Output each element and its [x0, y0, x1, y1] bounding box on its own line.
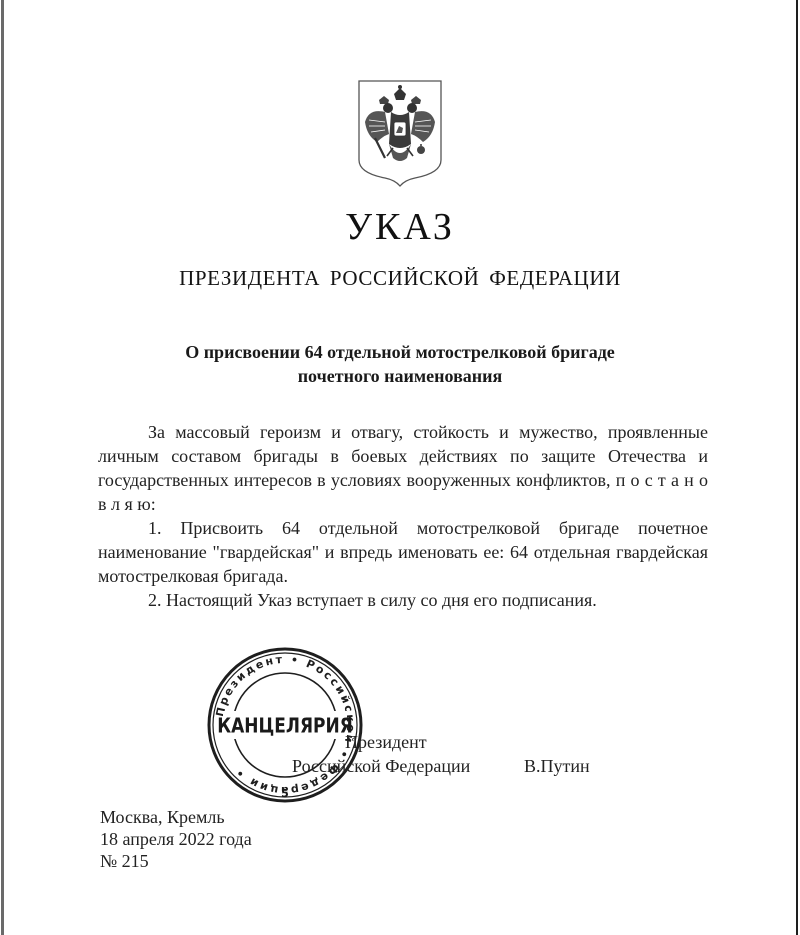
page-edge-left	[1, 0, 4, 935]
heading-line-2: почетного наименования	[0, 364, 800, 388]
footer-place: Москва, Кремль	[100, 806, 252, 828]
footer-number: № 215	[100, 850, 252, 872]
preamble-paragraph: За массовый героизм и отвагу, стойкость …	[98, 420, 708, 516]
decree-footer: Москва, Кремль 18 апреля 2022 года № 215	[100, 806, 252, 872]
coat-of-arms-icon	[355, 78, 445, 188]
decree-page: УКАЗ ПРЕЗИДЕНТА РОССИЙСКОЙ ФЕДЕРАЦИИ О п…	[0, 0, 800, 935]
footer-date: 18 апреля 2022 года	[100, 828, 252, 850]
decree-subtitle: ПРЕЗИДЕНТА РОССИЙСКОЙ ФЕДЕРАЦИИ	[0, 266, 800, 291]
signatory-name: В.Путин	[524, 756, 590, 777]
clause-1: 1. Присвоить 64 отдельной мотострелковой…	[98, 516, 708, 588]
page-edge-right	[796, 0, 798, 935]
heading-line-1: О присвоении 64 отдельной мотострелковой…	[0, 340, 800, 364]
decree-body: За массовый героизм и отвагу, стойкость …	[98, 420, 708, 612]
clause-2: 2. Настоящий Указ вступает в силу со дня…	[98, 588, 708, 612]
signatory-title-line-2: Российской Федерации	[292, 756, 470, 777]
signatory-title-line-1: Президент	[345, 732, 427, 753]
stamp-center-text: КАНЦЕЛЯРИЯ	[217, 715, 353, 738]
stamp-number: 5	[281, 787, 289, 800]
decree-heading: О присвоении 64 отдельной мотострелковой…	[0, 340, 800, 388]
official-stamp-icon: Президент • Российской • Федерации • КАН…	[205, 645, 365, 805]
decree-title: УКАЗ	[0, 205, 800, 249]
